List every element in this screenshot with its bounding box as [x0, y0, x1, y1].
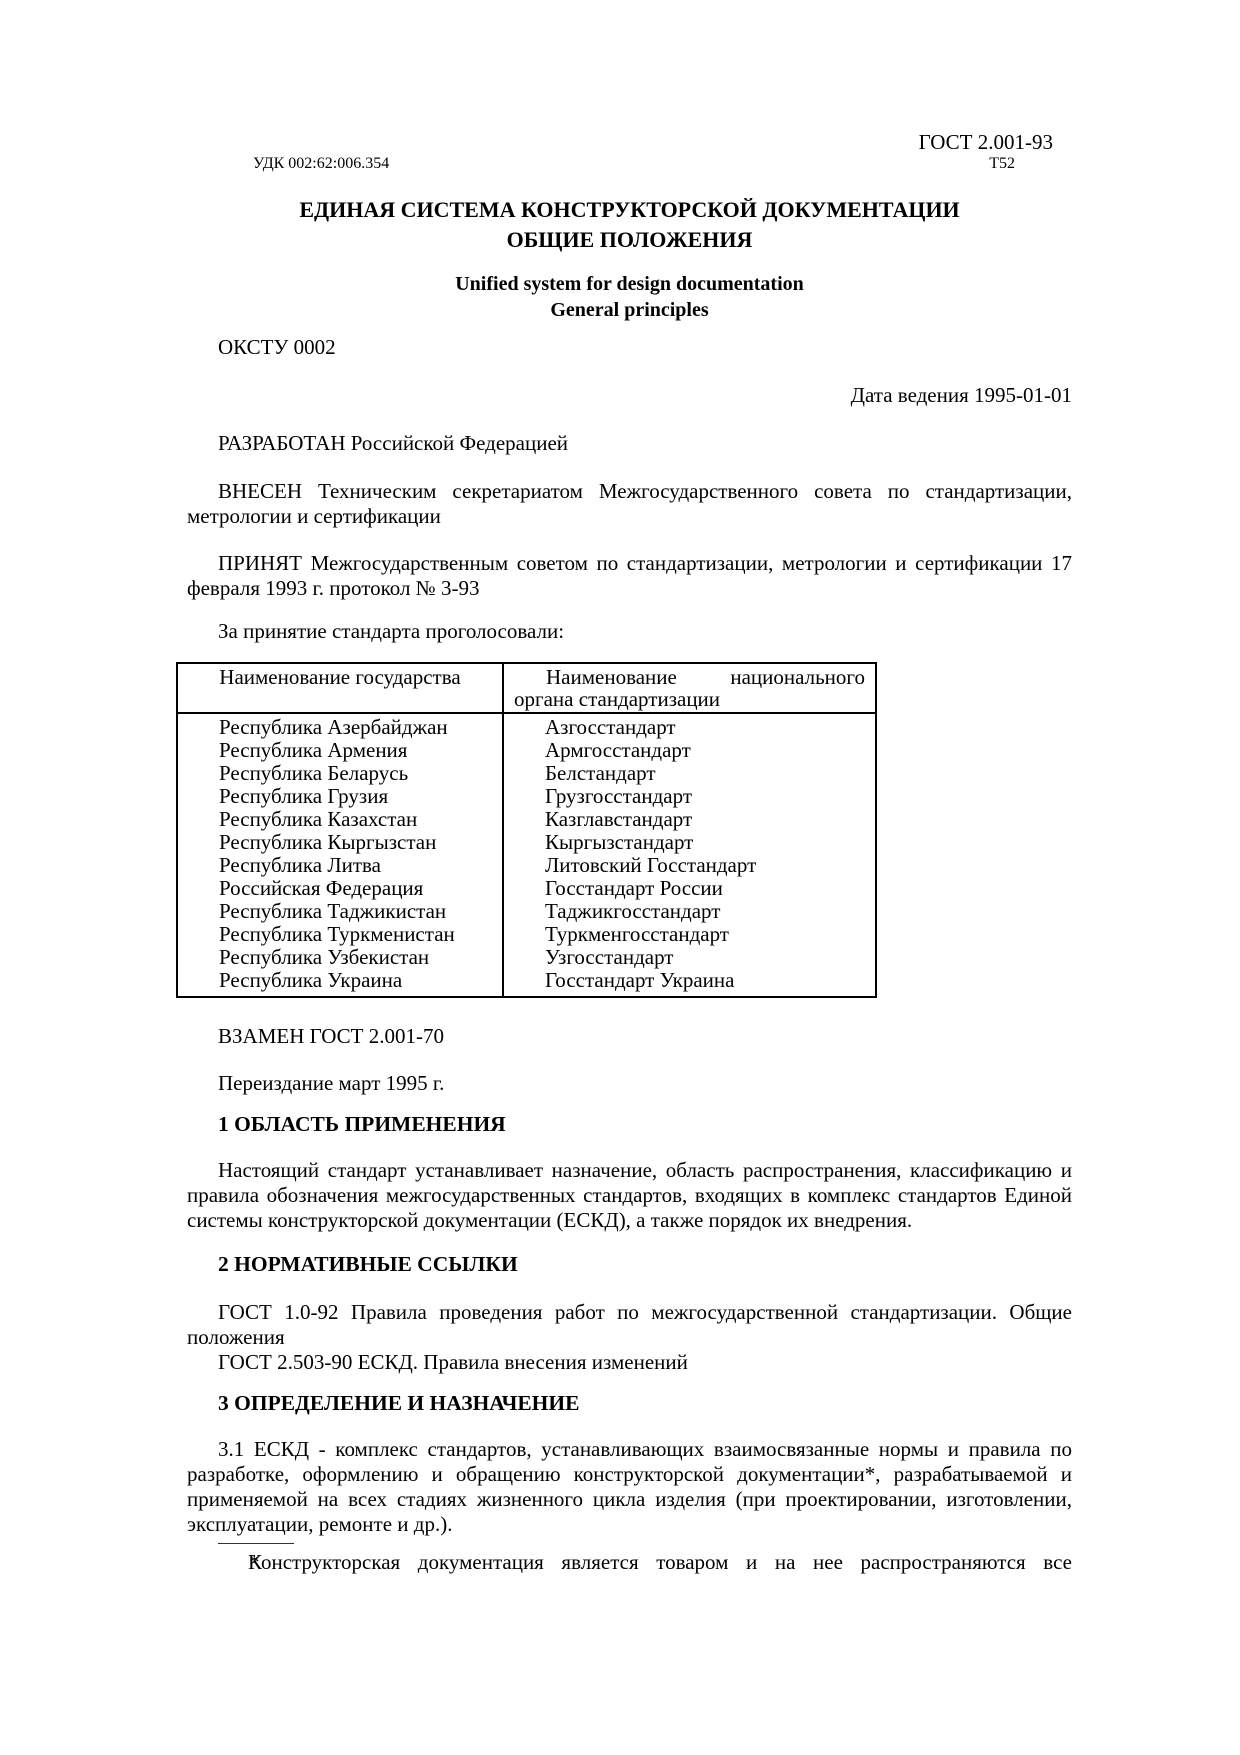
- section-2-heading: 2 НОРМАТИВНЫЕ ССЫЛКИ: [187, 1252, 1072, 1277]
- vote-table-body: Наименование государства Наименование на…: [177, 663, 876, 997]
- state-cell: Республика Беларусь: [178, 762, 502, 785]
- vote-table-data-row: Республика АзербайджанРеспублика Армения…: [177, 713, 876, 997]
- accepted-paragraph: ПРИНЯТ Межгосударственным советом по ста…: [187, 551, 1072, 601]
- org-cell: Азгосстандарт: [504, 716, 875, 739]
- vote-intro: За принятие стандарта проголосовали:: [187, 619, 1072, 644]
- doc-code: ГОСТ 2.001-93: [187, 130, 1072, 155]
- state-cell: Республика Украина: [178, 969, 502, 992]
- org-cell: Туркменгосстандарт: [504, 923, 875, 946]
- org-cell: Госстандарт России: [504, 877, 875, 900]
- footnote-divider: [218, 1543, 294, 1544]
- replaces-note: ВЗАМЕН ГОСТ 2.001-70: [187, 1024, 1072, 1049]
- state-cell: Республика Таджикистан: [178, 900, 502, 923]
- state-cells: Республика АзербайджанРеспублика Армения…: [177, 713, 503, 997]
- footnote-asterisk: *: [218, 1550, 248, 1575]
- state-cell: Республика Кыргызстан: [178, 831, 502, 854]
- title-line-1: ЕДИНАЯ СИСТЕМА КОНСТРУКТОРСКОЙ ДОКУМЕНТА…: [187, 195, 1072, 225]
- developed-paragraph: РАЗРАБОТАН Российской Федерацией: [187, 431, 1072, 456]
- state-cell: Республика Армения: [178, 739, 502, 762]
- state-cell: Республика Азербайджан: [178, 716, 502, 739]
- okstu-code: ОКСТУ 0002: [187, 335, 1072, 360]
- org-cell: Литовский Госстандарт: [504, 854, 875, 877]
- org-cell: Грузгосстандарт: [504, 785, 875, 808]
- submitted-paragraph: ВНЕСЕН Техническим секретариатом Межгосу…: [187, 479, 1072, 529]
- org-cell: Белстандарт: [504, 762, 875, 785]
- state-cell: Республика Туркменистан: [178, 923, 502, 946]
- section-1-paragraph: Настоящий стандарт устанавливает назначе…: [187, 1158, 1072, 1233]
- org-cell: Госстандарт Украина: [504, 969, 875, 992]
- section-1-heading: 1 ОБЛАСТЬ ПРИМЕНЕНИЯ: [187, 1112, 1072, 1137]
- t-code: Т52: [989, 155, 1015, 173]
- org-cell: Таджикгосстандарт: [504, 900, 875, 923]
- state-cell: Республика Литва: [178, 854, 502, 877]
- org-cells: АзгосстандартАрмгосстандартБелстандартГр…: [503, 713, 876, 997]
- document-page: ГОСТ 2.001-93 УДК 002:62:006.354 Т52 ЕДИ…: [0, 0, 1240, 1755]
- title-line-2: ОБЩИЕ ПОЛОЖЕНИЯ: [187, 225, 1072, 255]
- org-cell: Армгосстандарт: [504, 739, 875, 762]
- org-cell: Кыргызстандарт: [504, 831, 875, 854]
- document-title: ЕДИНАЯ СИСТЕМА КОНСТРУКТОРСКОЙ ДОКУМЕНТА…: [187, 195, 1072, 255]
- document-subtitle-en: Unified system for design documentation …: [187, 271, 1072, 323]
- section-3-paragraph: 3.1 ЕСКД - комплекс стандартов, устанавл…: [187, 1437, 1072, 1537]
- state-cell: Республика Казахстан: [178, 808, 502, 831]
- subtitle-line-2: General principles: [187, 297, 1072, 323]
- org-header-line1: Наименование национального: [514, 666, 865, 688]
- udk-row: УДК 002:62:006.354 Т52: [187, 155, 1072, 173]
- org-column-header: Наименование национального органа станда…: [503, 663, 876, 713]
- section-3-heading: 3 ОПРЕДЕЛЕНИЕ И НАЗНАЧЕНИЕ: [187, 1391, 1072, 1416]
- state-cell: Российская Федерация: [178, 877, 502, 900]
- vote-table: Наименование государства Наименование на…: [176, 662, 877, 998]
- org-cell: Узгосстандарт: [504, 946, 875, 969]
- state-cell: Республика Грузия: [178, 785, 502, 808]
- udk-code: УДК 002:62:006.354: [253, 155, 389, 173]
- state-cell: Республика Узбекистан: [178, 946, 502, 969]
- effective-date: Дата ведения 1995-01-01: [187, 383, 1072, 408]
- org-header-line2: органа стандартизации: [514, 688, 865, 710]
- footnote-text: *Конструкторская документация является т…: [187, 1550, 1072, 1575]
- section-2-paragraph-1: ГОСТ 1.0-92 Правила проведения работ по …: [187, 1300, 1072, 1350]
- subtitle-line-1: Unified system for design documentation: [187, 271, 1072, 297]
- section-2-paragraph-2: ГОСТ 2.503-90 ЕСКД. Правила внесения изм…: [187, 1350, 1072, 1375]
- reissue-note: Переиздание март 1995 г.: [187, 1071, 1072, 1096]
- org-cell: Казглавстандарт: [504, 808, 875, 831]
- vote-table-header-row: Наименование государства Наименование на…: [177, 663, 876, 713]
- state-column-header: Наименование государства: [177, 663, 503, 713]
